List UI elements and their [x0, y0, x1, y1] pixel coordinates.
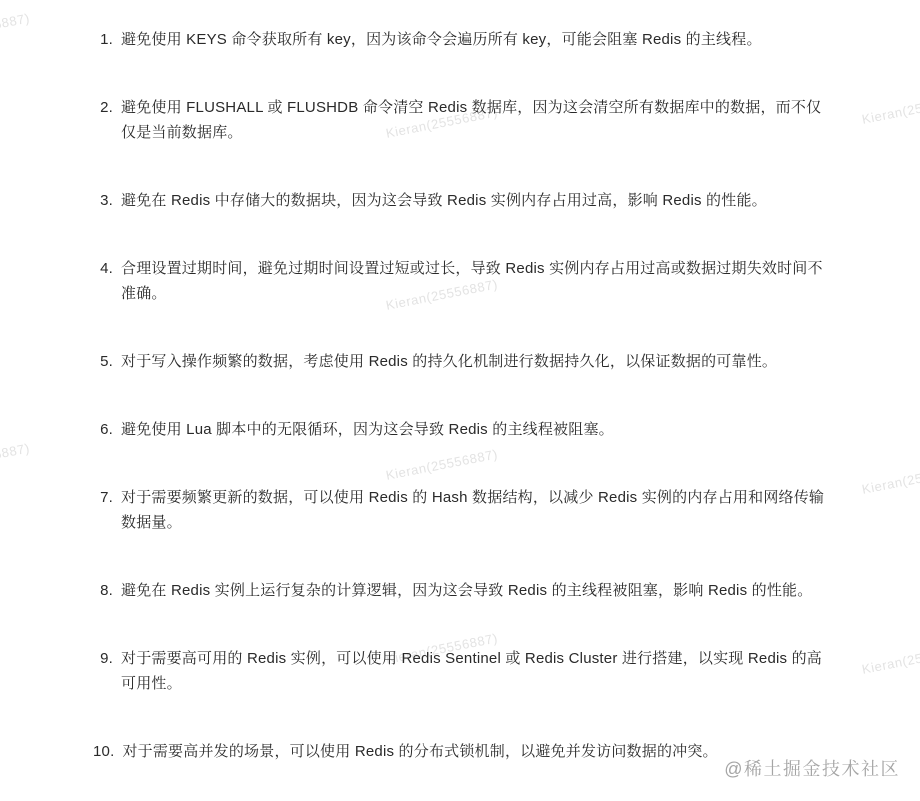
list-item-number: 8.	[93, 578, 113, 603]
list-item-number: 9.	[93, 646, 113, 696]
user-watermark: Kieran(25556887)	[0, 440, 31, 476]
list-item: 9.对于需要高可用的 Redis 实例，可以使用 Redis Sentinel …	[93, 646, 826, 696]
list-item: 10.对于需要高并发的场景，可以使用 Redis 的分布式锁机制，以避免并发访问…	[93, 739, 826, 764]
list-item: 8.避免在 Redis 实例上运行复杂的计算逻辑，因为这会导致 Redis 的主…	[93, 578, 826, 603]
list-item-text: 对于需要高并发的场景，可以使用 Redis 的分布式锁机制，以避免并发访问数据的…	[122, 739, 826, 764]
list-item-number: 6.	[93, 417, 113, 442]
list-item-number: 1.	[93, 27, 113, 52]
list-item-text: 避免使用 Lua 脚本中的无限循环，因为这会导致 Redis 的主线程被阻塞。	[121, 417, 826, 442]
list-item: 3.避免在 Redis 中存储大的数据块，因为这会导致 Redis 实例内存占用…	[93, 188, 826, 213]
list-item: 5.对于写入操作频繁的数据，考虑使用 Redis 的持久化机制进行数据持久化，以…	[93, 349, 826, 374]
list-item-text: 对于需要频繁更新的数据，可以使用 Redis 的 Hash 数据结构，以减少 R…	[121, 485, 826, 535]
user-watermark: Kieran(25556887)	[861, 640, 920, 676]
list-item-number: 3.	[93, 188, 113, 213]
list-item-number: 10.	[93, 739, 114, 764]
user-watermark: Kieran(25556887)	[0, 10, 31, 46]
list-item-text: 对于写入操作频繁的数据，考虑使用 Redis 的持久化机制进行数据持久化，以保证…	[121, 349, 826, 374]
article-page: Kieran(25556887)Kieran(25556887)Kieran(2…	[0, 0, 920, 801]
list-item-text: 避免使用 FLUSHALL 或 FLUSHDB 命令清空 Redis 数据库，因…	[121, 95, 826, 145]
list-item: 1.避免使用 KEYS 命令获取所有 key，因为该命令会遍历所有 key，可能…	[93, 27, 826, 52]
list-item-text: 避免在 Redis 实例上运行复杂的计算逻辑，因为这会导致 Redis 的主线程…	[121, 578, 826, 603]
user-watermark: Kieran(25556887)	[861, 90, 920, 126]
list-item-number: 2.	[93, 95, 113, 145]
list-item-number: 5.	[93, 349, 113, 374]
list-item-text: 避免使用 KEYS 命令获取所有 key，因为该命令会遍历所有 key，可能会阻…	[121, 27, 826, 52]
user-watermark: Kieran(25556887)	[861, 460, 920, 496]
list-item: 6.避免使用 Lua 脚本中的无限循环，因为这会导致 Redis 的主线程被阻塞…	[93, 417, 826, 442]
redis-tips-list: 1.避免使用 KEYS 命令获取所有 key，因为该命令会遍历所有 key，可能…	[93, 27, 826, 764]
list-item-text: 合理设置过期时间，避免过期时间设置过短或过长，导致 Redis 实例内存占用过高…	[121, 256, 826, 306]
list-item-text: 对于需要高可用的 Redis 实例，可以使用 Redis Sentinel 或 …	[121, 646, 826, 696]
list-item: 2.避免使用 FLUSHALL 或 FLUSHDB 命令清空 Redis 数据库…	[93, 95, 826, 145]
community-credit: @稀土掘金技术社区	[724, 755, 900, 781]
list-item: 7.对于需要频繁更新的数据，可以使用 Redis 的 Hash 数据结构，以减少…	[93, 485, 826, 535]
list-item-text: 避免在 Redis 中存储大的数据块，因为这会导致 Redis 实例内存占用过高…	[121, 188, 826, 213]
list-item: 4.合理设置过期时间，避免过期时间设置过短或过长，导致 Redis 实例内存占用…	[93, 256, 826, 306]
list-item-number: 4.	[93, 256, 113, 306]
list-item-number: 7.	[93, 485, 113, 535]
